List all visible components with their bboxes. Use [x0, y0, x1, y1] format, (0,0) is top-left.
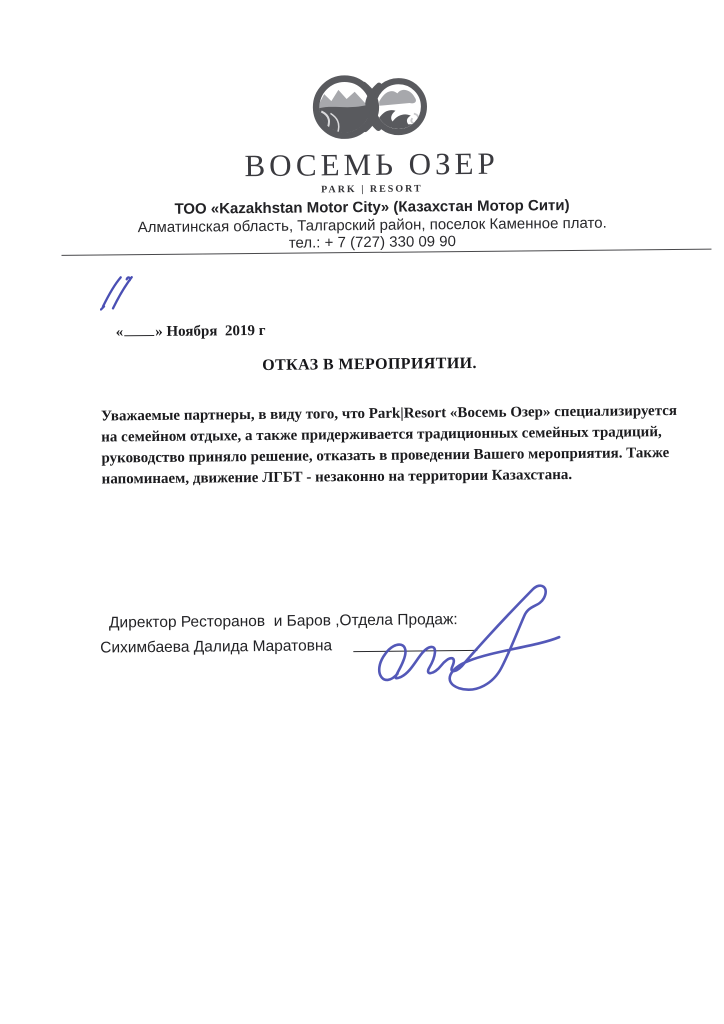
letter-body: Уважаемые партнеры, в виду того, что Par… [101, 401, 702, 491]
letter-page: ВОСЕМЬ ОЗЕР PARK | RESORT ТОО «Kazakhsta… [0, 0, 724, 1024]
date-open-quote: « [116, 324, 124, 340]
date-close-quote: » [155, 324, 163, 340]
date-line: «» Ноября 2019 г [93, 287, 266, 359]
date-blank-line [124, 322, 154, 336]
signature-scribble-icon [345, 574, 568, 704]
scan-content: ВОСЕМЬ ОЗЕР PARK | RESORT ТОО «Kazakhsta… [0, 0, 724, 1024]
brand-title: ВОСЕМЬ ОЗЕР [0, 144, 723, 187]
handwritten-day-11 [100, 273, 136, 313]
body-line-4: напоминаем, движение ЛГБТ - незаконно на… [102, 464, 702, 491]
date-text: Ноября 2019 г [163, 323, 266, 340]
signer-name: Сихимбаева Далида Маратовна [100, 637, 332, 657]
eight-lakes-infinity-icon [310, 69, 433, 144]
logo [0, 67, 722, 150]
